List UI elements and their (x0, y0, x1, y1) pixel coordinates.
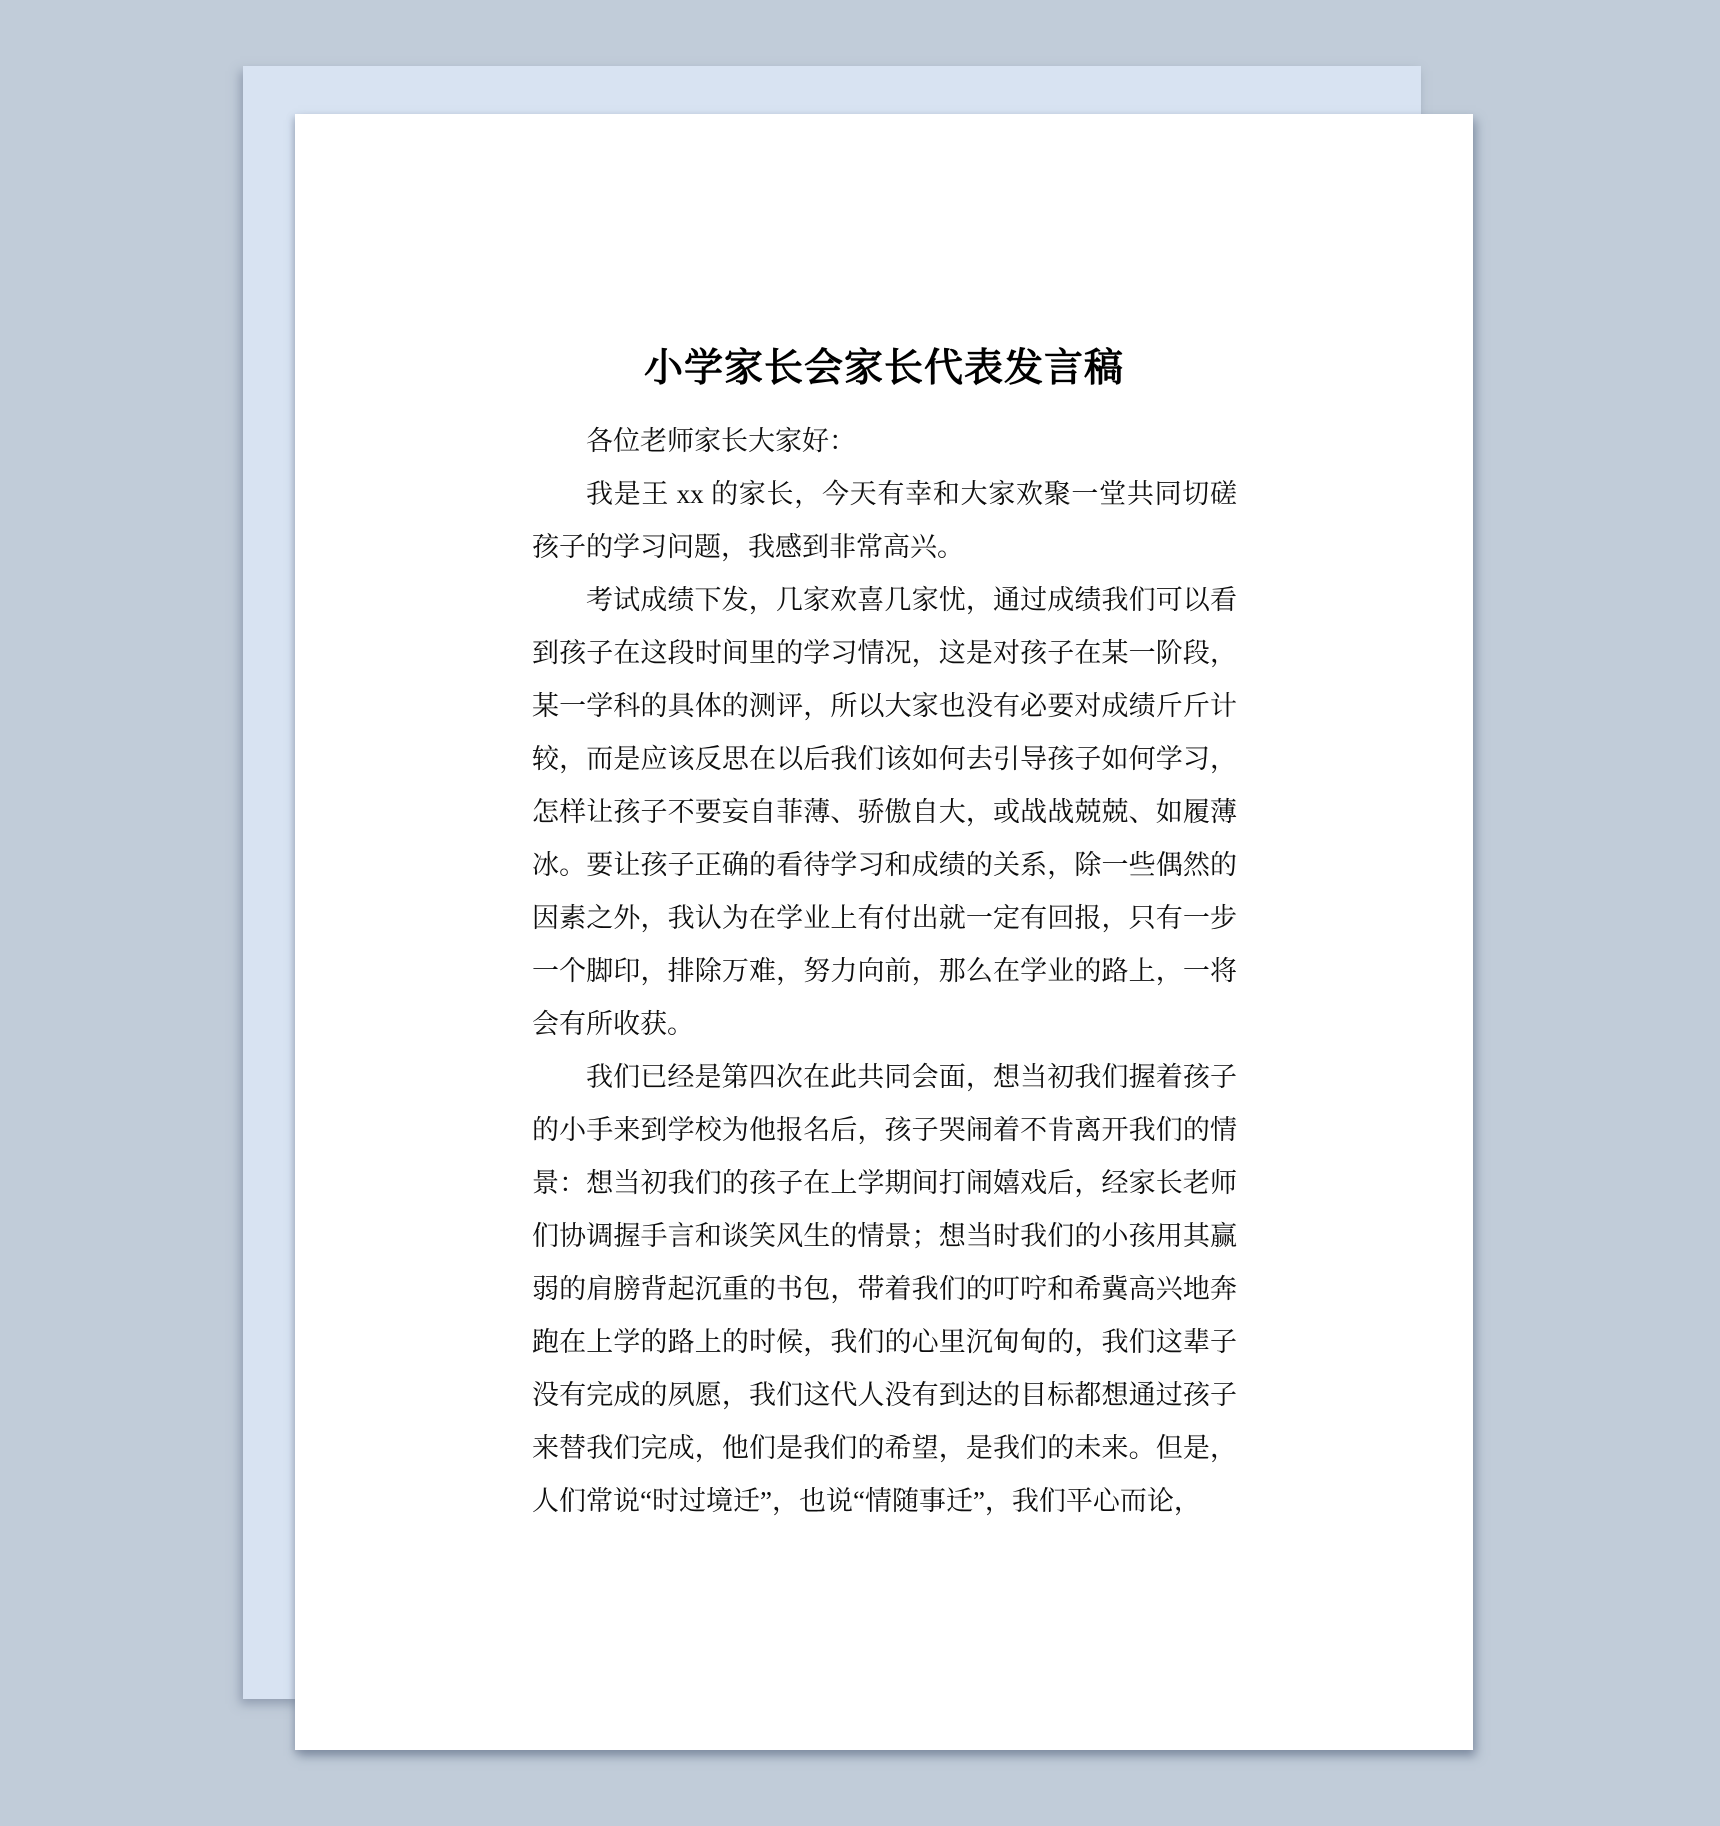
paragraph-exam-results: 考试成绩下发，几家欢喜几家忧，通过成绩我们可以看到孩子在这段时间里的学习情况，这… (532, 574, 1237, 1051)
document-body: 各位老师家长大家好： 我是王 xx 的家长，今天有幸和大家欢聚一堂共同切磋孩子的… (295, 415, 1473, 1528)
document-preview-canvas: 小学家长会家长代表发言稿 各位老师家长大家好： 我是王 xx 的家长，今天有幸和… (0, 0, 1720, 1826)
document-title: 小学家长会家长代表发言稿 (295, 345, 1473, 393)
paragraph-memories: 我们已经是第四次在此共同会面，想当初我们握着孩子的小手来到学校为他报名后，孩子哭… (532, 1051, 1237, 1528)
paragraph-greeting: 各位老师家长大家好： (532, 415, 1237, 468)
document-page: 小学家长会家长代表发言稿 各位老师家长大家好： 我是王 xx 的家长，今天有幸和… (295, 114, 1473, 1750)
paragraph-introduction: 我是王 xx 的家长，今天有幸和大家欢聚一堂共同切磋孩子的学习问题，我感到非常高… (532, 468, 1237, 574)
